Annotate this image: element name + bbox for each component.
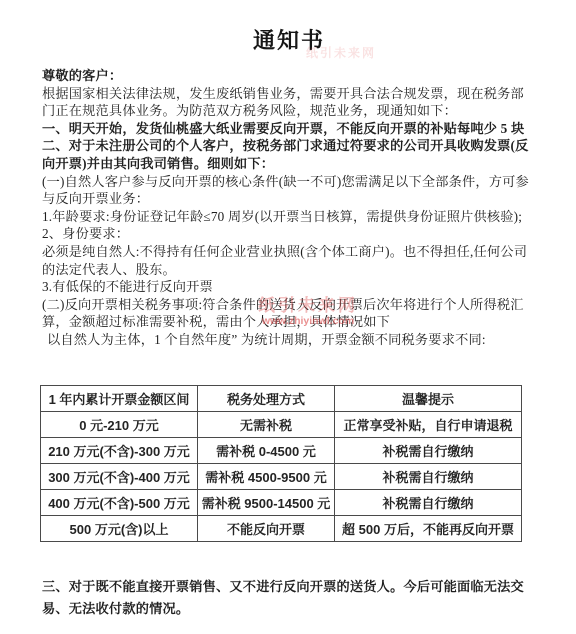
table-cell: 300 万元(不含)-400 万元 (41, 463, 198, 489)
identity-requirement-body: 必须是纯自然人:不得持有任何企业营业执照(含个体工商户)。也不得担任,任何公司的… (42, 243, 536, 278)
table-header-cell: 1 年内累计开票金额区间 (41, 385, 198, 411)
table-cell: 正常享受补贴，自行申请退税 (335, 411, 522, 437)
table-cell: 需补税 4500-9500 元 (198, 463, 335, 489)
notice-document-page: 纸引未来网 通知书 尊敬的客户： 根据国家相关法律法规，发生废纸销售业务，需要开… (0, 0, 576, 634)
table-cell: 0 元-210 万元 (41, 411, 198, 437)
intro-paragraph: 根据国家相关法律法规，发生废纸销售业务，需要开具合法合规发票，现在税务部门正在规… (42, 85, 536, 120)
item-2: 二、对于未注册公司的个人客户，按税务部门求通过符要求的公司开具收购发票(反向开票… (42, 137, 536, 172)
age-requirement: 1.年龄要求:身份证登记年龄≤70 周岁(以开票当日核算，需提供身份证照片供核验… (42, 208, 536, 226)
item-1: 一、明天开始，发货仙桃盛大纸业需要反向开票，不能反向开票的补贴每吨少 5 块 (42, 120, 536, 138)
document-body: 尊敬的客户： 根据国家相关法律法规，发生废纸销售业务，需要开具合法合规发票，现在… (42, 67, 536, 349)
table-row: 0 元-210 万元 无需补税 正常享受补贴，自行申请退税 (41, 411, 522, 437)
tax-table: 1 年内累计开票金额区间 税务处理方式 温馨提示 0 元-210 万元 无需补税… (40, 385, 522, 542)
table-cell: 超 500 万后，不能再反向开票 (335, 515, 522, 541)
table-row: 500 万元(含)以上 不能反向开票 超 500 万后，不能再反向开票 (41, 515, 522, 541)
lowbao-restriction: 3.有低保的不能进行反向开票 (42, 278, 536, 296)
table-header-row: 1 年内累计开票金额区间 税务处理方式 温馨提示 (41, 385, 522, 411)
table-cell: 210 万元(不含)-300 万元 (41, 437, 198, 463)
identity-requirement-title: 2、身份要求： (42, 225, 536, 243)
table-cell: 需补税 0-4500 元 (198, 437, 335, 463)
statistics-period-note: 以自然人为主体，1 个自然年度” 为统计周期，开票金额不同税务要求不同: (42, 331, 536, 349)
core-condition: (一)自然人客户参与反向开票的核心条件(缺一不可)您需满足以下全部条件，方可参与… (42, 173, 536, 208)
table-cell: 无需补税 (198, 411, 335, 437)
table-cell: 400 万元(不含)-500 万元 (41, 489, 198, 515)
table-cell: 500 万元(含)以上 (41, 515, 198, 541)
table-row: 210 万元(不含)-300 万元 需补税 0-4500 元 补税需自行缴纳 (41, 437, 522, 463)
document-footer: 三、对于既不能直接开票销售、又不进行反向开票的送货人。今后可能面临无法交易、无法… (42, 576, 536, 620)
table-header-cell: 温馨提示 (335, 385, 522, 411)
tax-matters: (二)反向开票相关税务事项:符合条件的送货人反向开票后次年将进行个人所得税汇算，… (42, 296, 536, 331)
salutation: 尊敬的客户： (42, 67, 536, 85)
table-cell: 补税需自行缴纳 (335, 489, 522, 515)
table-cell: 需补税 9500-14500 元 (198, 489, 335, 515)
table-row: 400 万元(不含)-500 万元 需补税 9500-14500 元 补税需自行… (41, 489, 522, 515)
table-cell: 不能反向开票 (198, 515, 335, 541)
table-header-cell: 税务处理方式 (198, 385, 335, 411)
page-title: 通知书 (42, 24, 536, 55)
table-row: 300 万元(不含)-400 万元 需补税 4500-9500 元 补税需自行缴… (41, 463, 522, 489)
closing-paragraph: 三、对于既不能直接开票销售、又不进行反向开票的送货人。今后可能面临无法交易、无法… (42, 576, 536, 620)
table-cell: 补税需自行缴纳 (335, 463, 522, 489)
table-cell: 补税需自行缴纳 (335, 437, 522, 463)
